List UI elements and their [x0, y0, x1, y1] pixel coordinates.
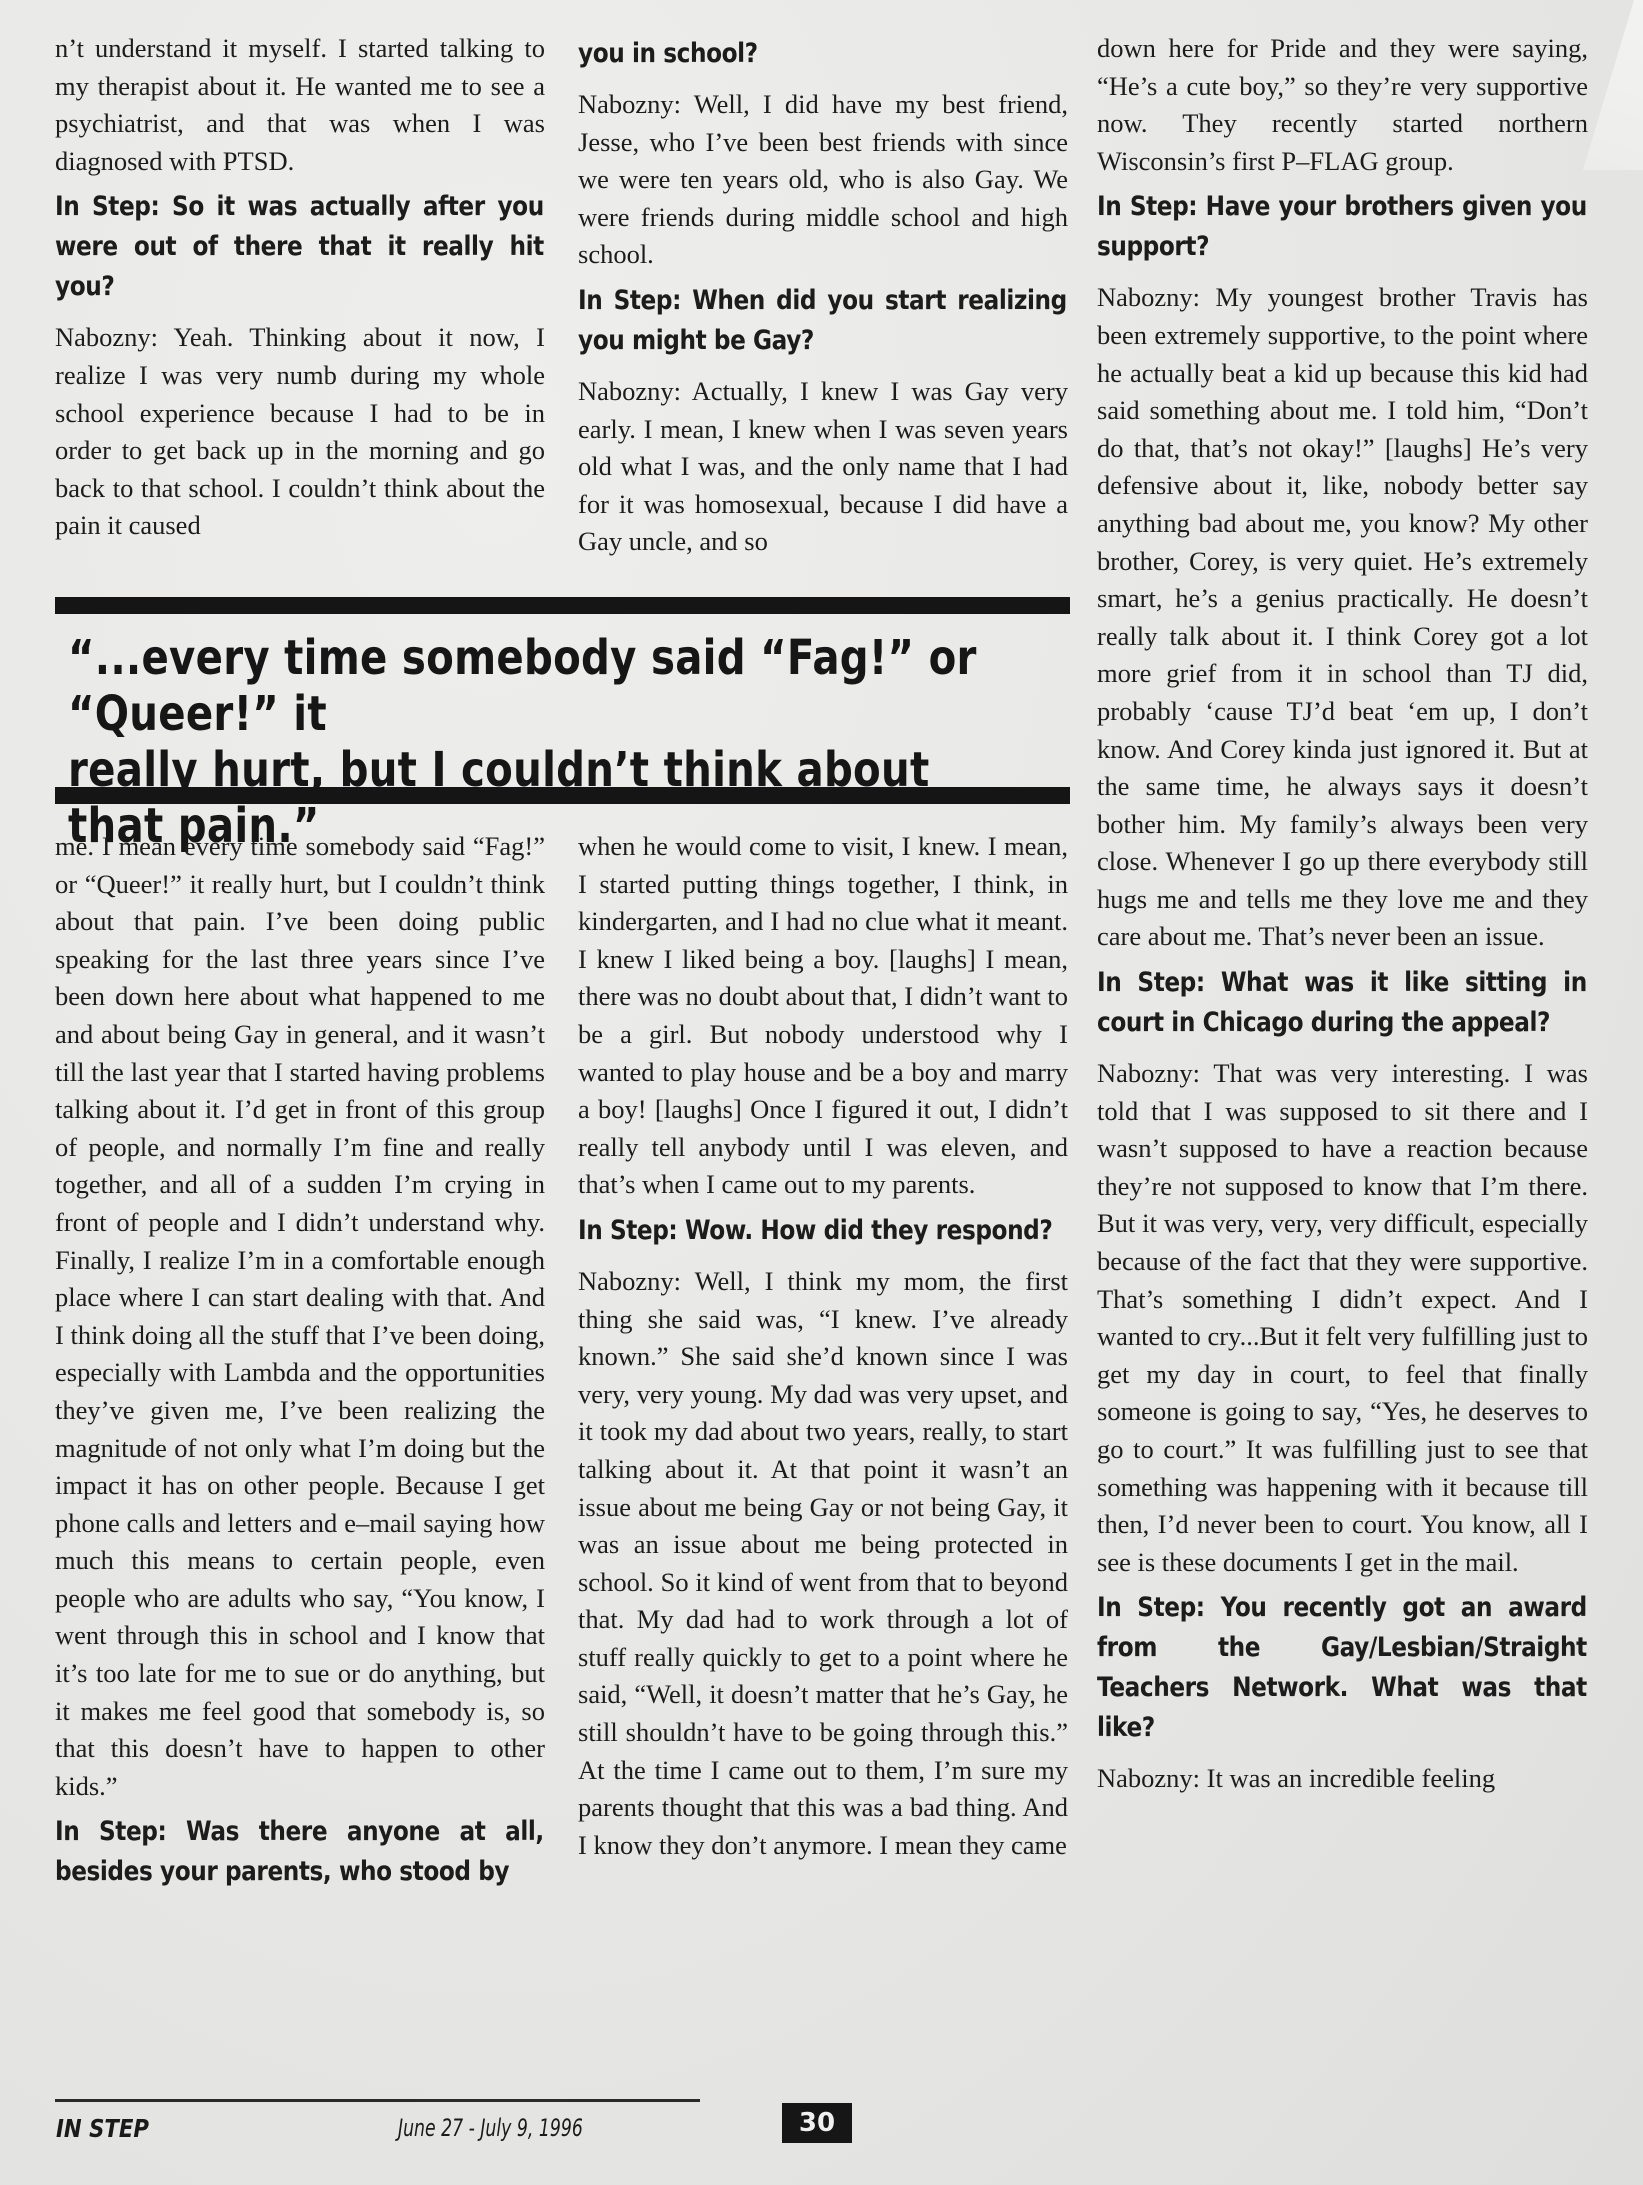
column-2-top: you in school?Nabozny: Well, I did have …: [578, 30, 1068, 568]
pull-quote: “...every time somebody said “Fag!” or “…: [68, 630, 1026, 854]
column-2-bottom: when he would come to visit, I knew. I m…: [578, 828, 1068, 1871]
footer-publication-name: IN STEP: [56, 2114, 149, 2143]
interview-answer: Nabozny: Well, I did have my best friend…: [578, 86, 1068, 274]
pull-quote-line-1: “...every time somebody said “Fag!” or “…: [68, 630, 1026, 742]
footer-issue-date: June 27 - July 9, 1996: [398, 2114, 583, 2142]
interview-answer: n’t understand it myself. I started talk…: [55, 30, 545, 180]
interview-answer: when he would come to visit, I knew. I m…: [578, 828, 1068, 1204]
footer-rule: [55, 2099, 700, 2102]
interview-answer: down here for Pride and they were saying…: [1097, 30, 1588, 180]
folded-page-corner: [1583, 0, 1643, 170]
column-1-top: n’t understand it myself. I started talk…: [55, 30, 545, 552]
interview-answer: Nabozny: Well, I think my mom, the first…: [578, 1263, 1068, 1865]
interview-question: In Step: You recently got an award from …: [1097, 1588, 1587, 1748]
pull-quote-bottom-rule: [55, 787, 1070, 804]
interview-question: In Step: Was there anyone at all, beside…: [55, 1812, 544, 1892]
page-number-badge: 30: [782, 2103, 852, 2143]
interview-question: In Step: When did you start realizing yo…: [578, 281, 1067, 361]
interview-answer: Nabozny: Yeah. Thinking about it now, I …: [55, 319, 545, 545]
interview-question: In Step: So it was actually after you we…: [55, 187, 544, 307]
pull-quote-top-rule: [55, 597, 1070, 614]
interview-answer: me. I mean every time somebody said “Fag…: [55, 828, 545, 1805]
interview-question: In Step: Wow. How did they respond?: [578, 1211, 1067, 1251]
interview-question: In Step: Have your brothers given you su…: [1097, 187, 1587, 267]
interview-answer: Nabozny: It was an incredible feeling: [1097, 1760, 1588, 1798]
interview-question: In Step: What was it like sitting in cou…: [1097, 963, 1587, 1043]
interview-answer: Nabozny: My youngest brother Travis has …: [1097, 279, 1588, 956]
interview-answer: Nabozny: Actually, I knew I was Gay very…: [578, 373, 1068, 561]
column-1-bottom: me. I mean every time somebody said “Fag…: [55, 828, 545, 1904]
interview-question: you in school?: [578, 34, 1067, 74]
column-3: down here for Pride and they were saying…: [1097, 30, 1588, 1805]
interview-answer: Nabozny: That was very interesting. I wa…: [1097, 1055, 1588, 1581]
